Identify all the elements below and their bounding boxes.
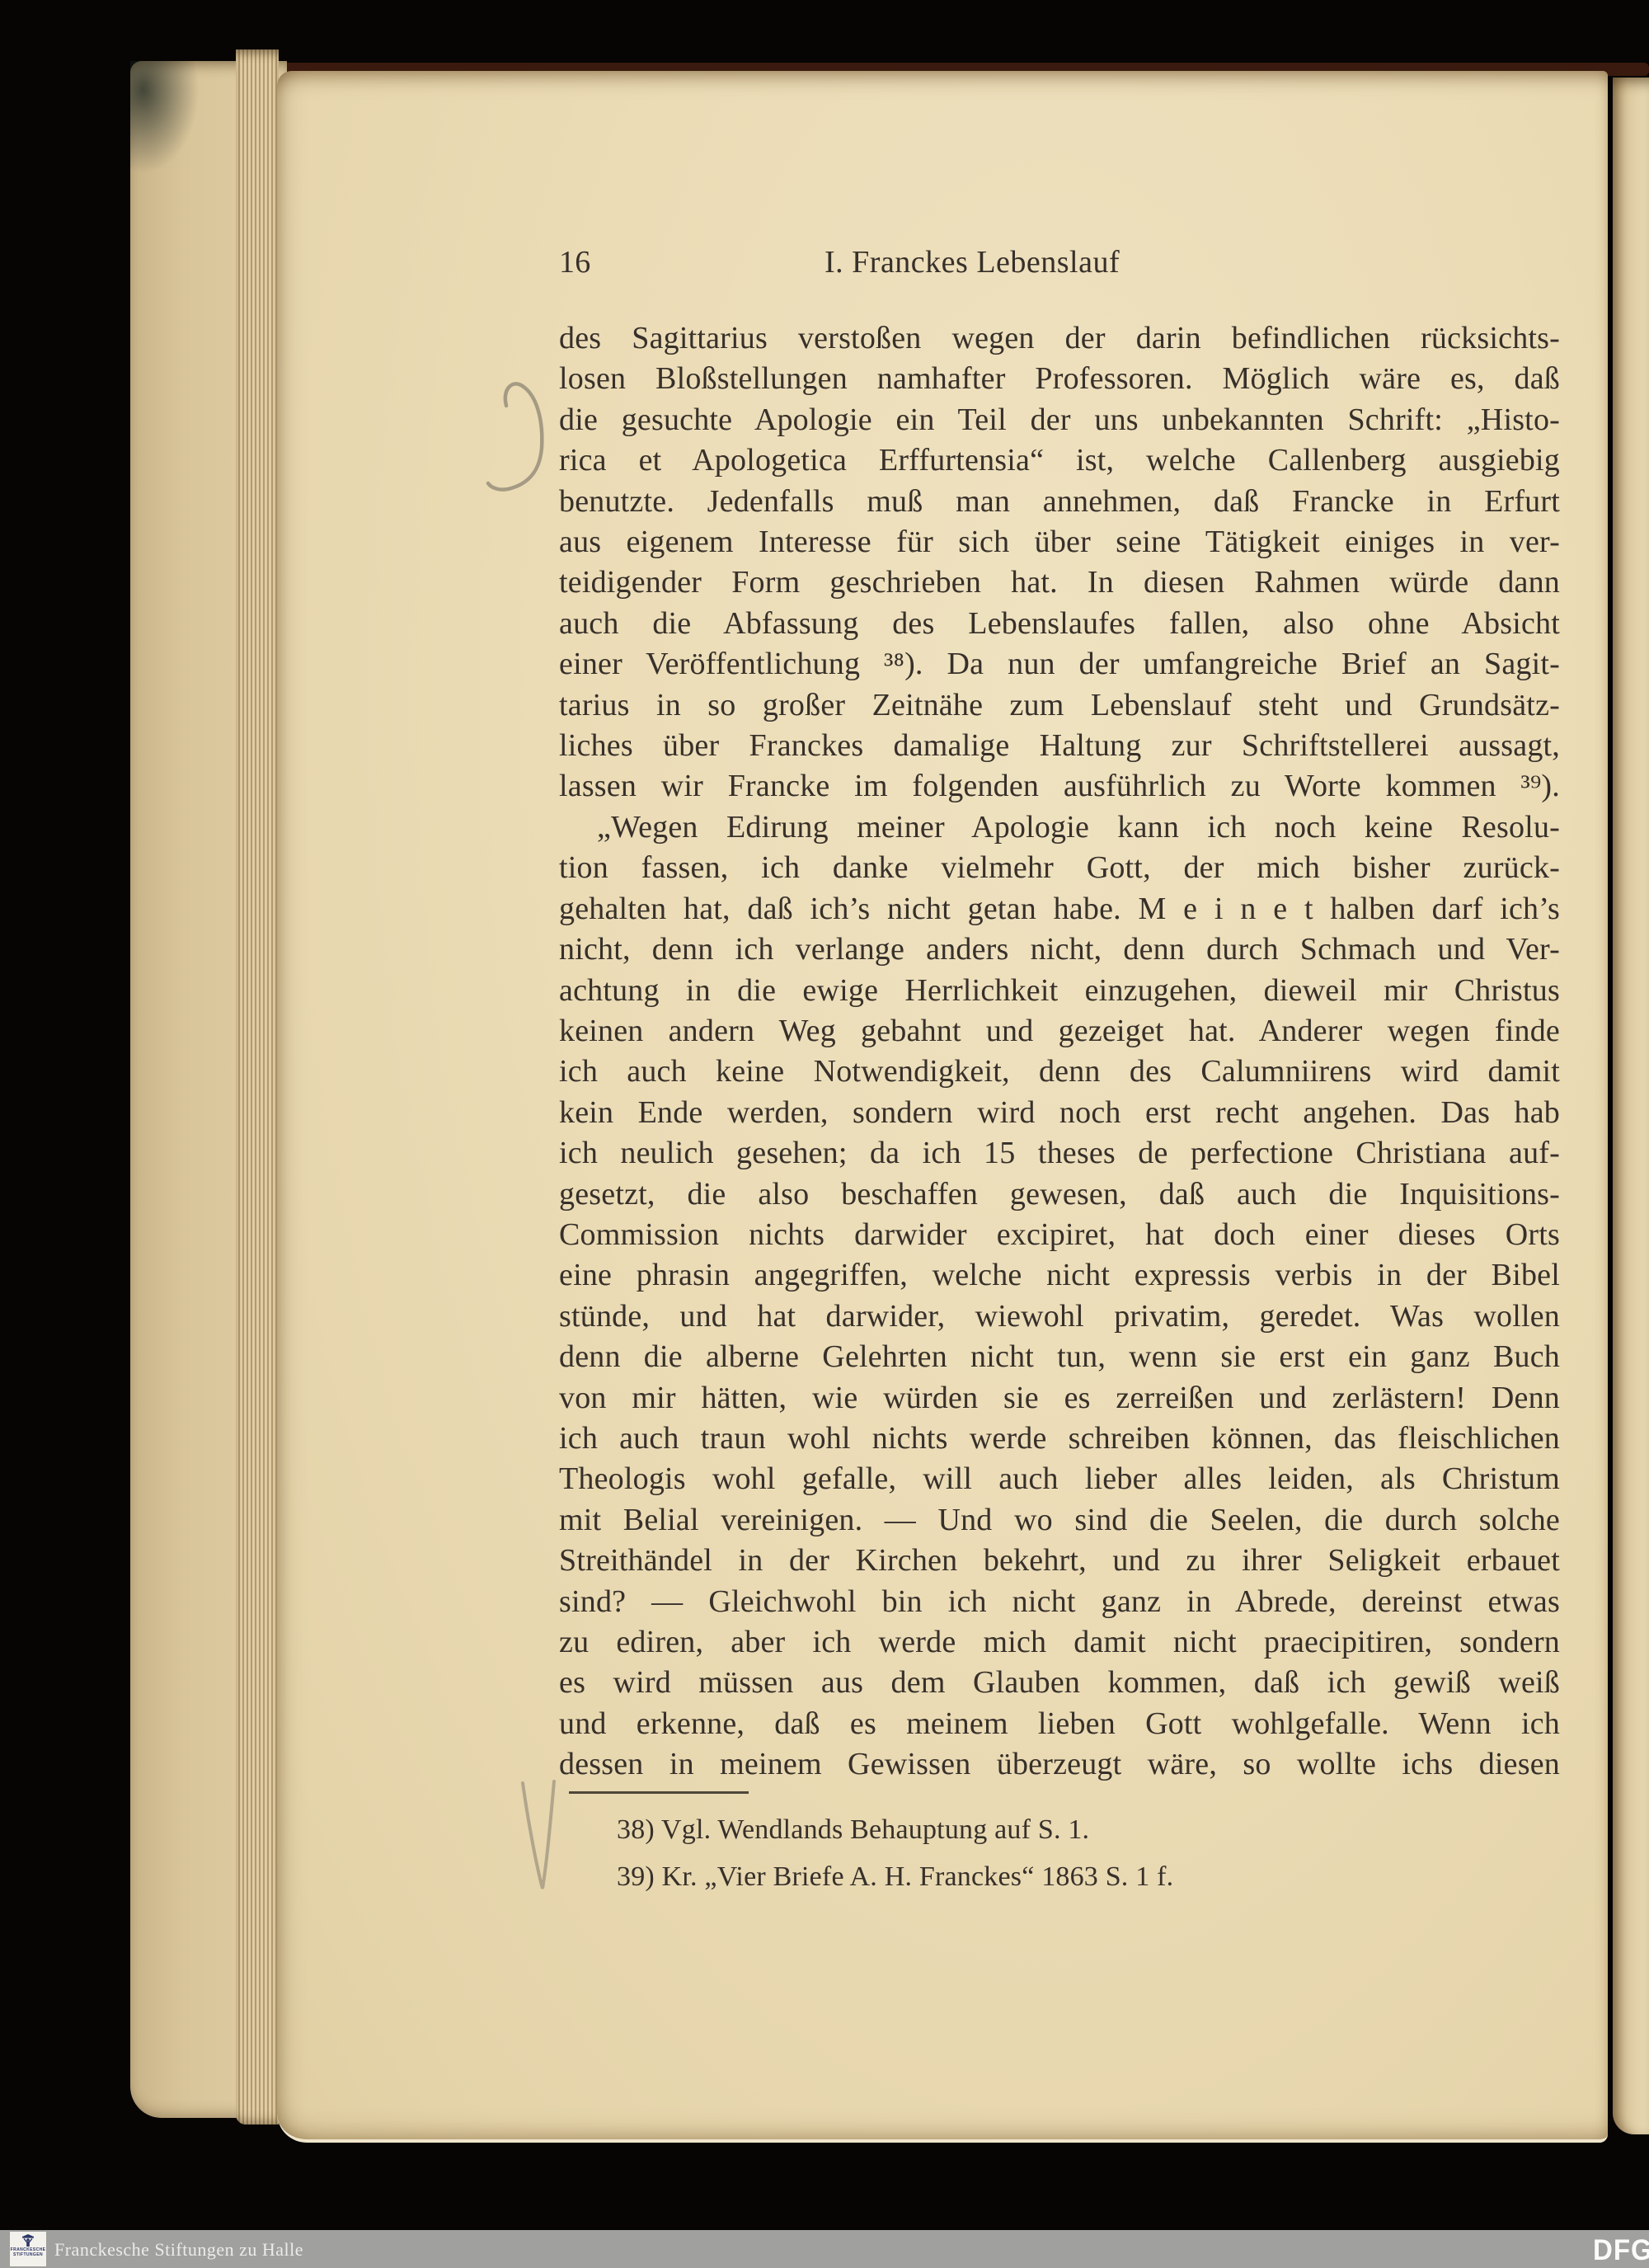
text-line: lassen wir Francke im folgenden ausführl… <box>559 766 1560 807</box>
text-line: zu ediren, aber ich werde mich damit nic… <box>559 1622 1560 1663</box>
text-line: sind? — Gleichwohl bin ich nicht ganz in… <box>559 1582 1560 1622</box>
text-line: mit Belial vereinigen. — Und wo sind die… <box>559 1500 1560 1541</box>
franckesche-stiftungen-logo: FRANCKESCHE STIFTUNGEN <box>10 2232 46 2266</box>
text-line: tarius in so großer Zeitnähe zum Lebensl… <box>559 685 1560 726</box>
text-line: stünde, und hat darwider, wiewohl privat… <box>559 1296 1560 1337</box>
text-line: tion fassen, ich danke vielmehr Gott, de… <box>559 848 1560 888</box>
page-number: 16 <box>559 244 591 280</box>
book-page: 16 I. Franckes Lebenslauf des Sagittariu… <box>277 71 1608 2143</box>
text-line: rica et Apologetica Erffurtensia“ ist, w… <box>559 440 1560 481</box>
text-line: auch die Abfassung des Lebenslaufes fall… <box>559 604 1560 644</box>
text-line: „Wegen Edirung meiner Apologie kann ich … <box>559 807 1560 848</box>
text-line: benutzte. Jedenfalls muß man annehmen, d… <box>559 482 1560 522</box>
text-line: des Sagittarius verstoßen wegen der dari… <box>559 318 1560 359</box>
text-line: Commission nichts darwider excipiret, ha… <box>559 1215 1560 1255</box>
text-line: keinen andern Weg gebahnt und gezeiget h… <box>559 1011 1560 1052</box>
footnote: 39) Kr. „Vier Briefe A. H. Franckes“ 186… <box>559 1853 1560 1900</box>
text-line: liches über Franckes damalige Haltung zu… <box>559 726 1560 766</box>
facing-page-edge <box>1613 78 1649 2134</box>
text-line: Streithändel in der Kirchen bekehrt, und… <box>559 1541 1560 1581</box>
text-line: achtung in die ewige Herrlichkeit einzug… <box>559 971 1560 1011</box>
text-line: die gesuchte Apologie ein Teil der uns u… <box>559 400 1560 440</box>
text-line: aus eigenem Interesse für sich über sein… <box>559 522 1560 562</box>
text-line: ich auch traun wohl nichts werde schreib… <box>559 1419 1560 1459</box>
viewer-footer-bar: FRANCKESCHE STIFTUNGEN Franckesche Stift… <box>0 2230 1649 2268</box>
text-line: ich auch keine Notwendigkeit, denn des C… <box>559 1052 1560 1092</box>
text-line: von mir hätten, wie würden sie es zerrei… <box>559 1378 1560 1419</box>
text-line: nicht, denn ich verlange anders nicht, d… <box>559 929 1560 970</box>
page-content: 16 I. Franckes Lebenslauf des Sagittariu… <box>277 71 1608 2139</box>
text-line: gehalten hat, daß ich’s nicht getan habe… <box>559 889 1560 929</box>
footnotes: 38) Vgl. Wendlands Behauptung auf S. 1. … <box>559 1806 1560 1900</box>
text-line: kein Ende werden, sondern wird noch erst… <box>559 1093 1560 1133</box>
text-line: einer Veröffentlichung ³⁸). Da nun der u… <box>559 644 1560 685</box>
text-line: ich neulich gesehen; da ich 15 theses de… <box>559 1133 1560 1174</box>
damaged-corner <box>130 61 201 176</box>
page-edges <box>236 49 279 2124</box>
dfg-logo: DFG <box>1593 2234 1649 2266</box>
text-line: teidigender Form geschrieben hat. In die… <box>559 562 1560 603</box>
stiftungen-emblem-icon <box>21 2234 35 2247</box>
scan-background: 16 I. Franckes Lebenslauf des Sagittariu… <box>0 0 1649 2268</box>
text-line: eine phrasin angegriffen, welche nicht e… <box>559 1255 1560 1296</box>
text-line: Theologis wohl gefalle, will auch lieber… <box>559 1459 1560 1499</box>
footnote-separator <box>569 1791 749 1794</box>
body-text: des Sagittarius verstoßen wegen der dari… <box>559 318 1560 1786</box>
text-line: gesetzt, die also beschaffen gewesen, da… <box>559 1174 1560 1215</box>
footnote: 38) Vgl. Wendlands Behauptung auf S. 1. <box>559 1806 1560 1853</box>
logo-text-line2: STIFTUNGEN <box>10 2252 46 2257</box>
institution-label: Franckesche Stiftungen zu Halle <box>54 2230 303 2268</box>
text-line: und erkenne, daß es meinem lieben Gott w… <box>559 1704 1560 1744</box>
text-line: es wird müssen aus dem Glauben kommen, d… <box>559 1663 1560 1703</box>
text-line: losen Bloßstellungen namhafter Professor… <box>559 359 1560 399</box>
text-line: denn die alberne Gelehrten nicht tun, we… <box>559 1337 1560 1377</box>
running-title: I. Franckes Lebenslauf <box>824 244 1120 280</box>
text-line: dessen in meinem Gewissen überzeugt wäre… <box>559 1744 1560 1785</box>
